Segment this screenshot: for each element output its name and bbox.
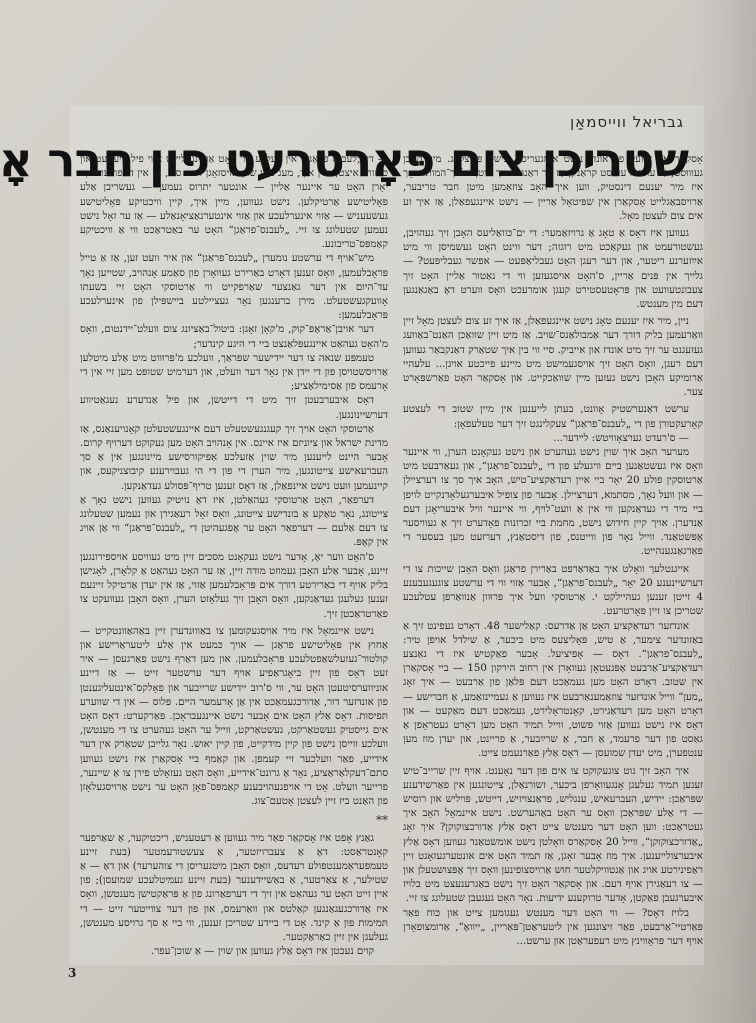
- right-text-column: אָסקאַר איז אַוועק פון אונדז נישט אומגער…: [403, 153, 703, 949]
- paragraph: מערער האָב איך שוין נישט געהערט און נישט…: [403, 446, 703, 560]
- paragraph: געווען איז דאָס אַ טאָג אַ גרויזאַמער: ד…: [403, 227, 703, 312]
- paragraph: אייגנטלעך וואָלט איך באַדאַרפט באַרירן פ…: [403, 563, 703, 620]
- page-number: 3: [68, 966, 76, 980]
- article-byline: גבריאל ווייסמאַן: [570, 113, 684, 131]
- paragraph: דאָס איבערבעטן זיך מיט די דייטשן, און פי…: [80, 394, 388, 422]
- paragraph: טעמפּע שנאה צו דער יידישער שפּראַך, וועל…: [80, 352, 388, 395]
- paragraph: — די „לעבנס־פראַגן“ אין וועלכע ער האָט א…: [80, 153, 388, 252]
- paragraph: גאַנץ אָפט איז אָסקאַר פאַר מיר געווען א…: [80, 832, 388, 946]
- paragraph: נישט איינמאָל איז מיר אויסגעקומען צו באַ…: [80, 625, 388, 810]
- left-text-column: — די „לעבנס־פראַגן“ אין וועלכע ער האָט א…: [80, 153, 388, 959]
- paragraph: אַרטוסקי האָט אויך זיך קעגנגעשטעלט דעם א…: [80, 423, 388, 494]
- paragraph: ערשט דאַנערשטיק אָוונט, בעתן לייענען אין…: [403, 403, 703, 431]
- section-divider-asterisks: *​*: [80, 813, 388, 827]
- paragraph: בלויז דאָס? — ווי האָט דער מענטש געגומען…: [403, 907, 703, 950]
- paragraph: — ס'רעדט גערצאָוויטש: לײדער...: [403, 432, 703, 446]
- paragraph: ס'האָט ווער יאָ, אָדער נישט געקאָנט מסכי…: [80, 551, 388, 622]
- paragraph: קוים נעכטן איז דאָס אַלץ געווען און שוין…: [80, 945, 388, 959]
- paragraph: מיש־אויף די ערשטע נומערן „לעבנס־פראַגן“ …: [80, 252, 388, 323]
- paragraph: דערפאַר, האָט אַרטוסקי געהאַלטן, איז דאָ…: [80, 494, 388, 551]
- paragraph: ניין, מיר איז יענעם טאָג נישט איינגעפאַל…: [403, 315, 703, 400]
- paragraph: אָסקאַר איז אַוועק פון אונדז נישט אומגער…: [403, 153, 703, 224]
- paragraph: אונדזער רעדאַקציע האָט אַן אַדרעס: קאַלי…: [403, 620, 703, 762]
- paragraph: איך האָב זיך גוט צוגעקוקט צו אים פון דער…: [403, 765, 703, 907]
- paragraph: דער אויבן־אַראָפּ־קוק, מ'קאָן זאָגן: ביט…: [80, 323, 388, 351]
